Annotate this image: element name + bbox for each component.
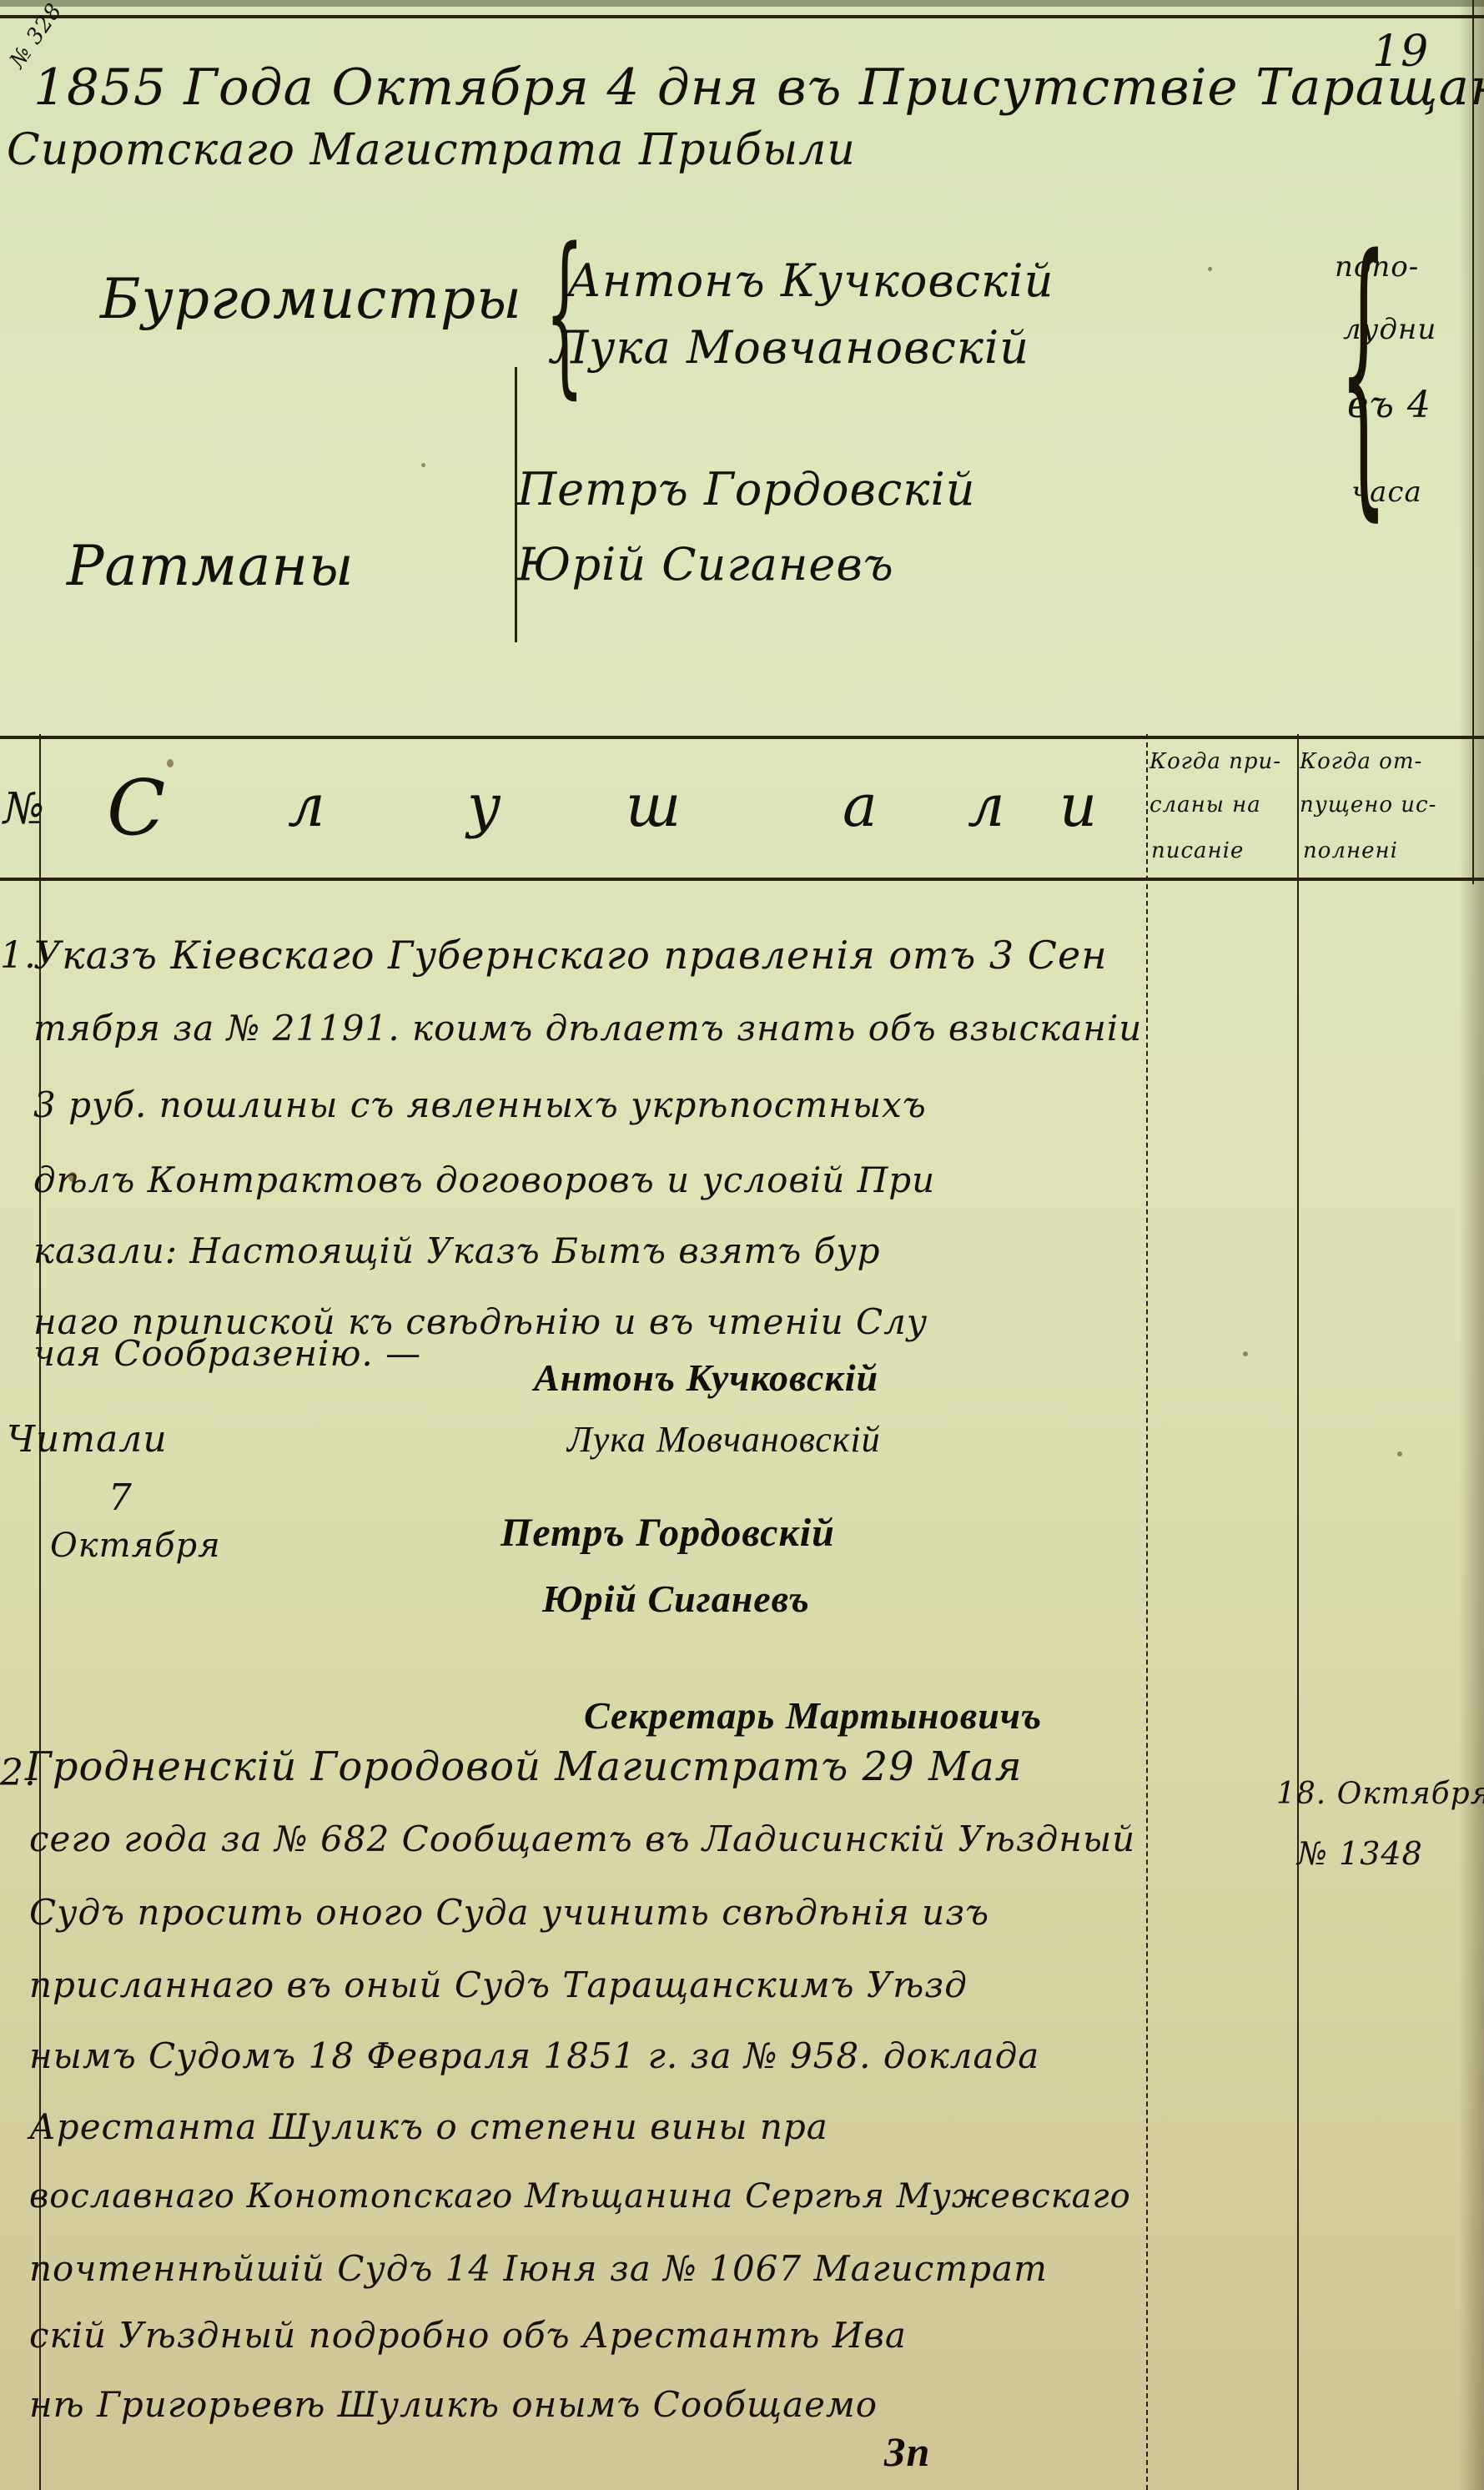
right-border-line (1472, 0, 1474, 884)
preamble-line-1: 1855 Года Октября 4 дня въ Присутствіе Т… (33, 58, 1484, 117)
entry-2-line-7: вославнаго Конотопскаго Мѣщанина Сергѣя … (29, 2177, 1131, 2216)
entry-1-signature-4: Юрій Сиганевъ (542, 1577, 810, 1621)
entry-1-signature-3: Петръ Гордовскій (501, 1510, 835, 1556)
entry-2-secretary-signature: Секретарь Мартыновичъ (584, 1693, 1042, 1738)
entry-1-line-3: 3 руб. пошлины съ явленныхъ укрѣпостныхъ (33, 1084, 927, 1125)
entry-1-margin-month: Октября (50, 1527, 221, 1565)
entry-1-signature-2: Лука Мовчановскій (567, 1418, 881, 1461)
entry-2-received-date: 18. Октября (1276, 1777, 1484, 1811)
entry-1-margin-read: Читали (7, 1418, 168, 1461)
paper-speck (421, 463, 425, 467)
entry-1-margin-day: 7 (108, 1476, 133, 1519)
header-letter-7: и (1059, 772, 1097, 840)
received-col-header-3: писаніе (1151, 838, 1244, 863)
time-note-line-2: лудни (1343, 313, 1436, 346)
preamble-line-2: Сиротскаго Магистрата Прибыли (7, 125, 856, 175)
received-col-header-2: сланы на (1149, 792, 1261, 817)
entry-2-line-8: почтеннѣйшій Судъ 14 Іюня за № 1067 Маги… (29, 2248, 1048, 2289)
header-letter-4: ш (626, 772, 681, 840)
ratman-1: Петръ Гордовскій (517, 463, 976, 516)
entry-2-line-3: Судъ просить оного Суда учинить свѣдѣнія… (29, 1892, 989, 1933)
entry-2-line-9: скій Уѣздный подробно объ Арестантѣ Ива (29, 2315, 907, 2356)
paper-speck (1397, 1451, 1402, 1456)
executed-col-header-2: пущено ис- (1300, 792, 1436, 817)
entry-2-closing-flourish: Зп (884, 2427, 930, 2476)
header-letter-5: а (843, 772, 878, 840)
received-column-line (1146, 734, 1148, 2490)
ratman-2: Юрій Сиганевъ (517, 538, 894, 591)
executed-col-header-3: полнені (1303, 838, 1398, 863)
received-col-header-1: Когда при- (1149, 749, 1281, 774)
entry-2-line-5: нымъ Судомъ 18 Февраля 1851 г. за № 958.… (29, 2035, 1039, 2076)
entry-1-number: 1. (0, 934, 37, 977)
entry-1-signature-1: Антонъ Кучковскій (534, 1356, 878, 1400)
entry-2-line-4: присланнаго въ оный Судъ Таращанскимъ Уѣ… (29, 1964, 968, 2005)
paper-speck (167, 759, 174, 767)
burgomaster-2: Лука Мовчановскій (551, 321, 1029, 374)
page-edge-shadow (1459, 0, 1484, 2490)
time-note-line-1: попо- (1335, 250, 1419, 284)
entry-1-line-7: чая Сообразенію. — (33, 1333, 421, 1374)
burgomasters-label: Бургомистры (100, 267, 522, 331)
executed-col-header-1: Когда от- (1300, 749, 1422, 774)
table-header-top-rule (0, 736, 1484, 739)
paper-speck (1243, 1351, 1248, 1356)
header-letter-6: л (968, 772, 1005, 840)
entry-2-line-6: Арестанта Шуликъ о степени вины пра (29, 2106, 828, 2147)
entry-2-line-10: нѣ Григорьевѣ Шуликѣ онымъ Сообщаемо (29, 2384, 878, 2425)
entry-1-line-2: тября за № 21191. коимъ дѣлаетъ знать об… (33, 1008, 1142, 1049)
burgomasters-brace: { (545, 225, 584, 400)
table-header-bottom-rule (0, 878, 1484, 881)
time-note-line-3: въ 4 (1347, 384, 1431, 426)
entry-1-line-4: дѣлъ Контрактовъ договоровъ и условій Пр… (33, 1159, 935, 1200)
time-note-line-4: часа (1351, 475, 1422, 509)
header-letter-3: у (467, 772, 501, 840)
scan-top-edge (0, 0, 1484, 7)
ratmans-label: Ратманы (67, 534, 355, 598)
entry-1-line-1: Указъ Кіевскаго Губернскаго правленія от… (33, 933, 1108, 978)
entry-1-line-5: казали: Настоящій Указъ Бытъ взятъ бур (33, 1230, 881, 1271)
entry-2-received-number: № 1348 (1297, 1835, 1423, 1872)
executed-column-line (1297, 734, 1299, 2490)
top-rule (0, 15, 1484, 18)
num-column-line (39, 734, 41, 2490)
header-letter-2: л (288, 772, 325, 840)
paper-speck (1208, 267, 1212, 271)
paper-speck (68, 1172, 77, 1182)
burgomaster-1: Антонъ Кучковскій (567, 254, 1054, 307)
entry-2-line-2: сего года за № 682 Сообщаетъ въ Ладисинс… (29, 1818, 1135, 1859)
entry-2-line-1: Гродненскій Городовой Магистратъ 29 Мая (25, 1743, 1023, 1790)
num-column-header: № (3, 784, 45, 834)
header-letter-1: С (107, 763, 165, 853)
